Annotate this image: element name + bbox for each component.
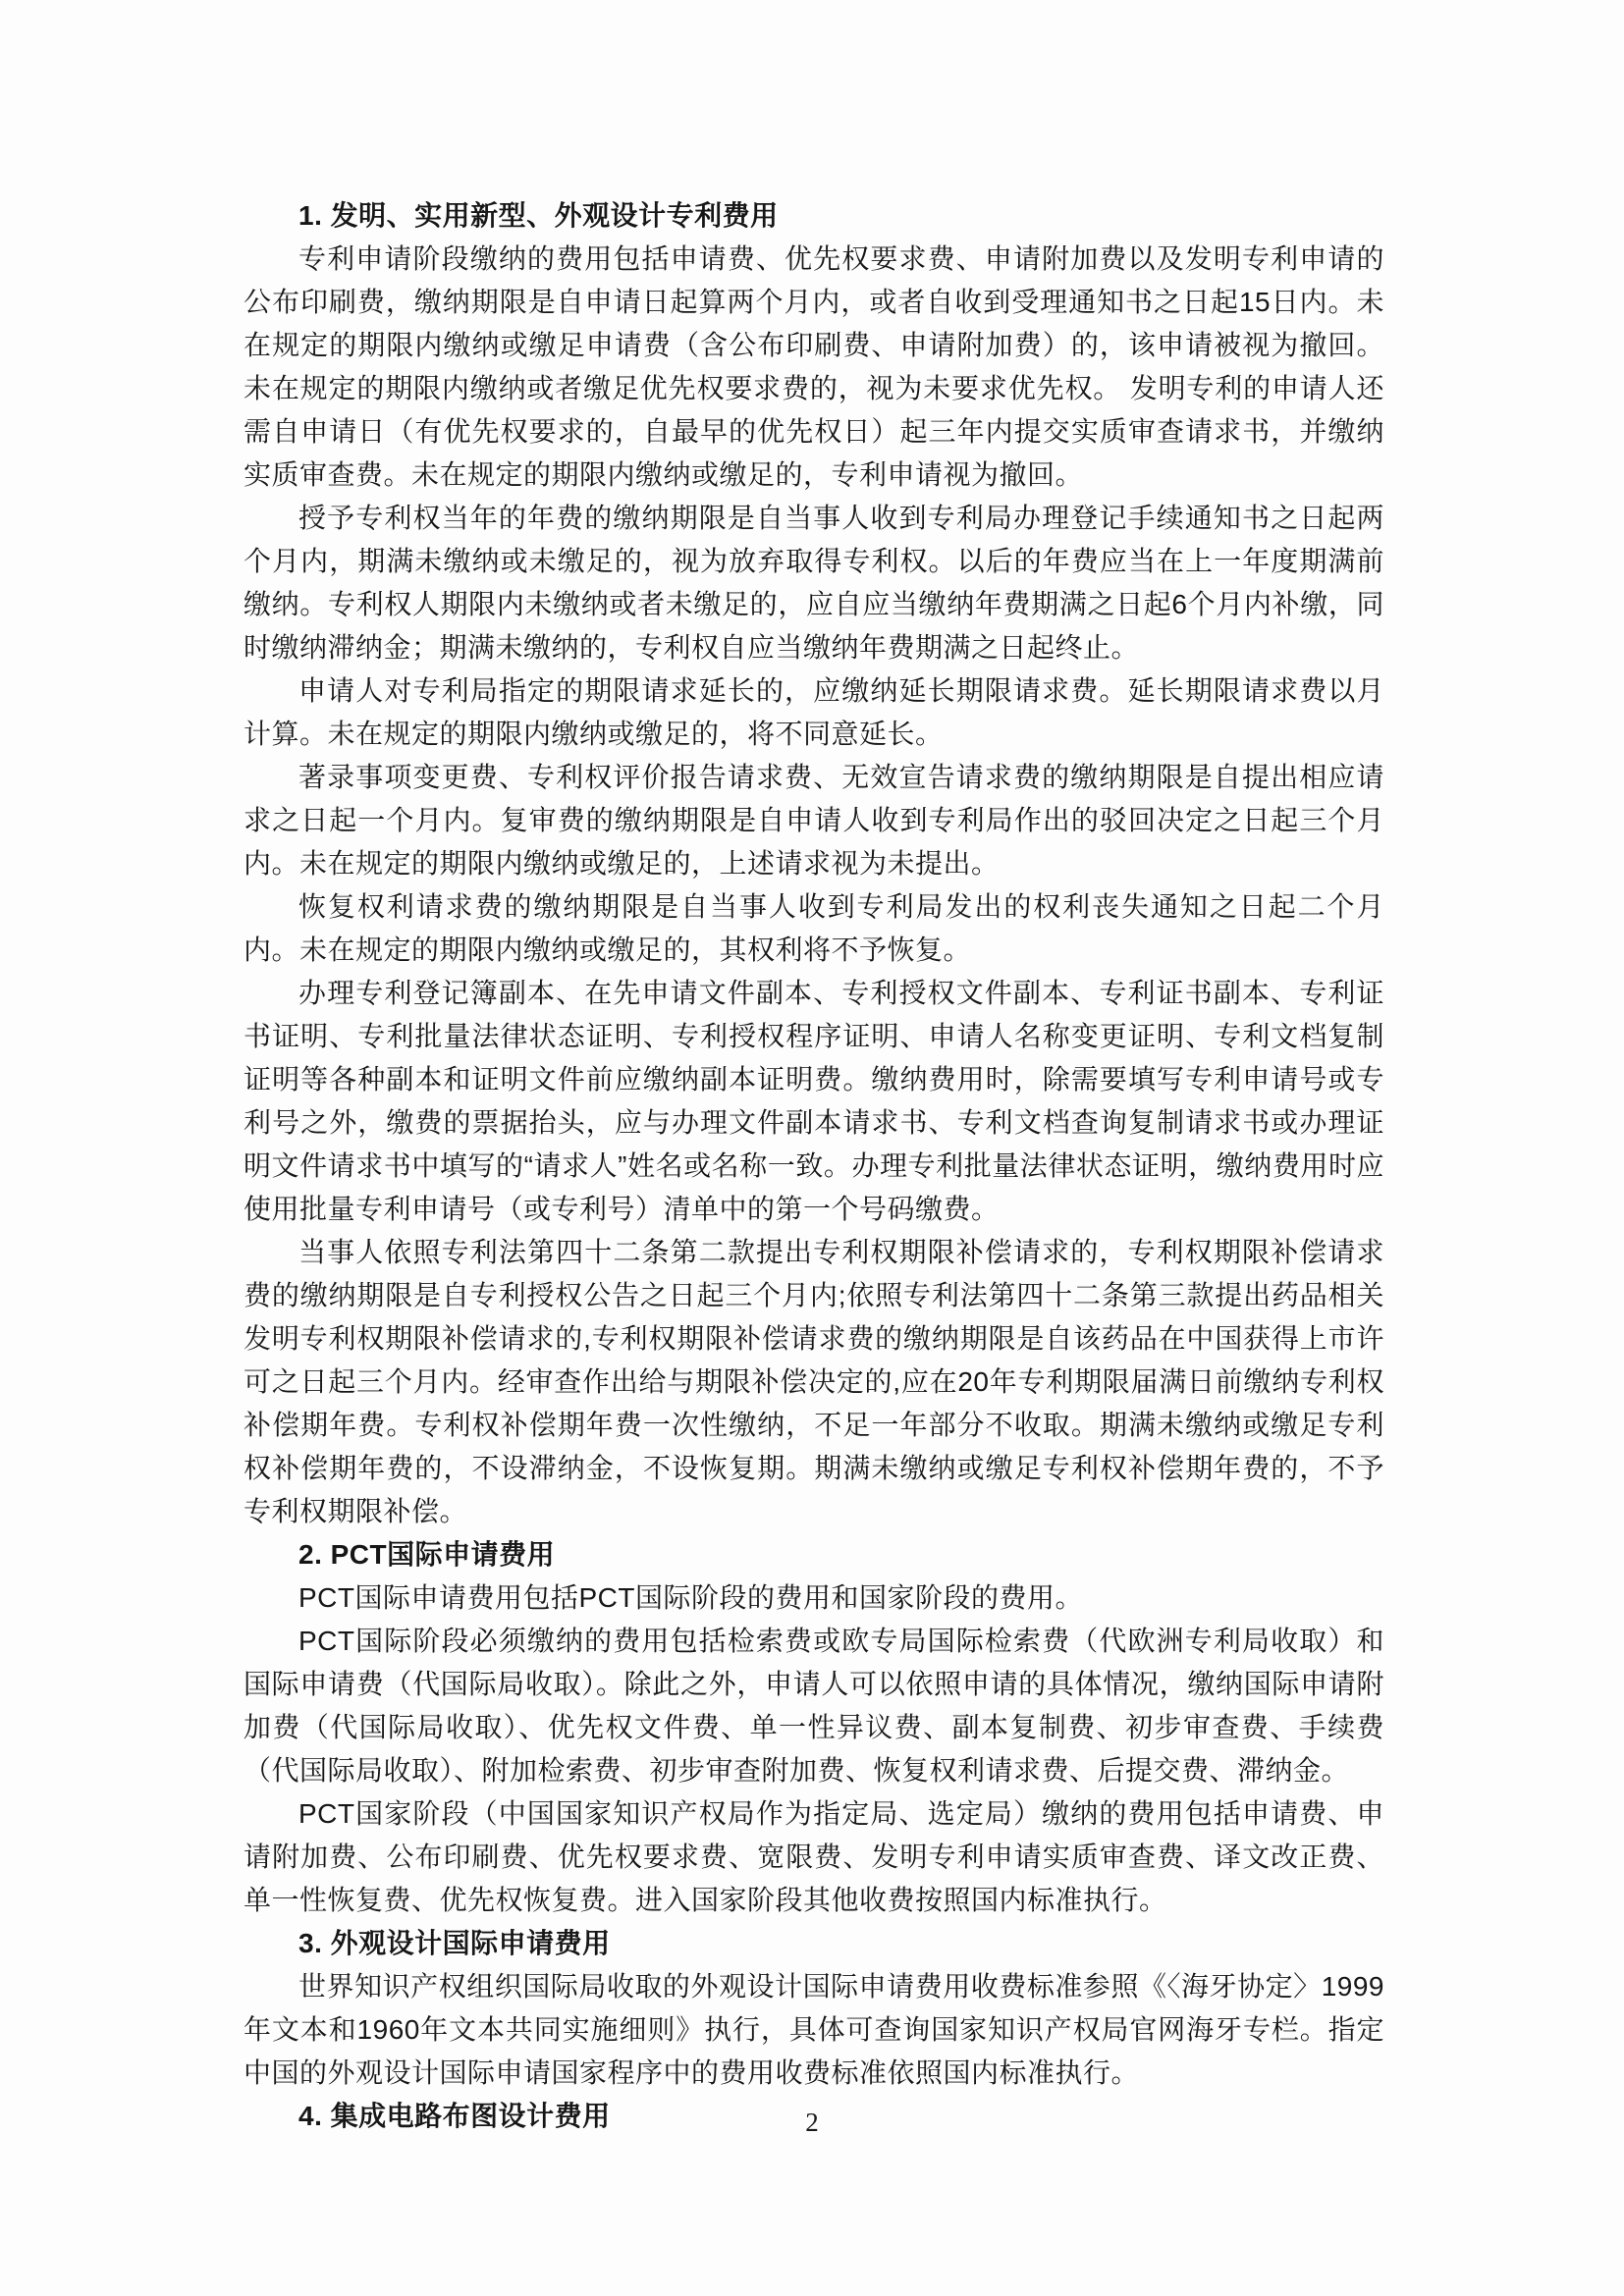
section-1-paragraph-5: 恢复权利请求费的缴纳期限是自当事人收到专利局发出的权利丧失通知之日起二个月内。未…	[244, 885, 1384, 972]
section-1-paragraph-1: 专利申请阶段缴纳的费用包括申请费、优先权要求费、申请附加费以及发明专利申请的公布…	[244, 238, 1384, 497]
section-2-paragraph-3: PCT国家阶段（中国国家知识产权局作为指定局、选定局）缴纳的费用包括申请费、申请…	[244, 1792, 1384, 1922]
section-1-paragraph-6: 办理专利登记簿副本、在先申请文件副本、专利授权文件副本、专利证书副本、专利证书证…	[244, 972, 1384, 1231]
document-content: 1. 发明、实用新型、外观设计专利费用 专利申请阶段缴纳的费用包括申请费、优先权…	[244, 194, 1384, 2138]
section-1-paragraph-4: 著录事项变更费、专利权评价报告请求费、无效宣告请求费的缴纳期限是自提出相应请求之…	[244, 756, 1384, 885]
document-page: 1. 发明、实用新型、外观设计专利费用 专利申请阶段缴纳的费用包括申请费、优先权…	[0, 0, 1624, 2296]
section-1-paragraph-3: 申请人对专利局指定的期限请求延长的，应缴纳延长期限请求费。延长期限请求费以月计算…	[244, 669, 1384, 756]
section-1-heading: 1. 发明、实用新型、外观设计专利费用	[244, 194, 1384, 238]
section-1-paragraph-2: 授予专利权当年的年费的缴纳期限是自当事人收到专利局办理登记手续通知书之日起两个月…	[244, 497, 1384, 669]
section-2-paragraph-1: PCT国际申请费用包括PCT国际阶段的费用和国家阶段的费用。	[244, 1576, 1384, 1620]
section-2-paragraph-2: PCT国际阶段必须缴纳的费用包括检索费或欧专局国际检索费（代欧洲专利局收取）和国…	[244, 1620, 1384, 1792]
section-1-paragraph-7: 当事人依照专利法第四十二条第二款提出专利权期限补偿请求的，专利权期限补偿请求费的…	[244, 1231, 1384, 1533]
section-3-heading: 3. 外观设计国际申请费用	[244, 1922, 1384, 1965]
section-3-paragraph-1: 世界知识产权组织国际局收取的外观设计国际申请费用收费标准参照《〈海牙协定〉199…	[244, 1965, 1384, 2095]
section-2-heading: 2. PCT国际申请费用	[244, 1533, 1384, 1576]
page-number: 2	[0, 2101, 1624, 2144]
